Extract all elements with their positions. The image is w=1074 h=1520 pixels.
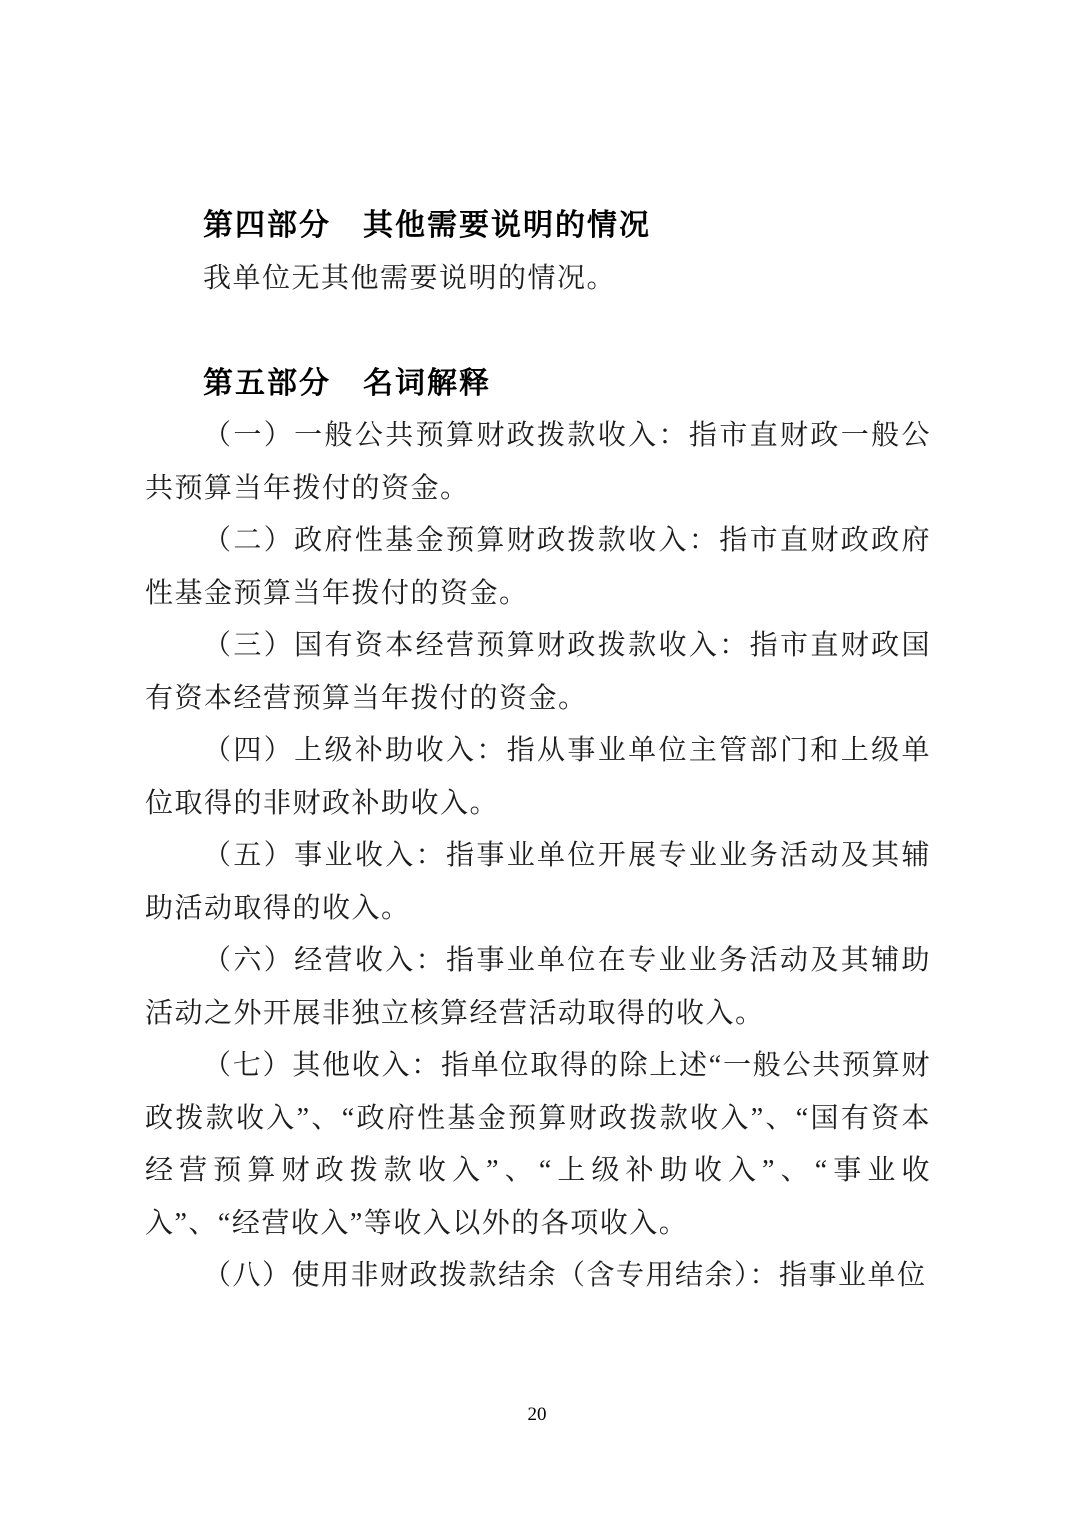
blank-line [145,305,931,358]
page-number: 20 [0,1402,1074,1428]
definition-paragraph-4: （四）上级补助收入：指从事业单位主管部门和上级单位取得的非财政补助收入。 [145,725,931,830]
definition-paragraph-7: （七）其他收入：指单位取得的除上述“一般公共预算财政拨款收入”、“政府性基金预算… [145,1040,931,1250]
definition-paragraph-3: （三）国有资本经营预算财政拨款收入：指市直财政国有资本经营预算当年拨付的资金。 [145,620,931,725]
definition-paragraph-1: （一）一般公共预算财政拨款收入：指市直财政一般公共预算当年拨付的资金。 [145,410,931,515]
section-heading-part-four: 第四部分 其他需要说明的情况 [145,200,931,253]
document-content: 第四部分 其他需要说明的情况 我单位无其他需要说明的情况。 第五部分 名词解释 … [145,200,931,1303]
definition-paragraph-6: （六）经营收入：指事业单位在专业业务活动及其辅助活动之外开展非独立核算经营活动取… [145,935,931,1040]
definition-paragraph-5: （五）事业收入：指事业单位开展专业业务活动及其辅助活动取得的收入。 [145,830,931,935]
section-heading-part-five: 第五部分 名词解释 [145,358,931,411]
document-page: 第四部分 其他需要说明的情况 我单位无其他需要说明的情况。 第五部分 名词解释 … [0,0,1074,1520]
definition-paragraph-8: （八）使用非财政拨款结余（含专用结余）：指事业单位 [145,1250,931,1303]
part-four-paragraph: 我单位无其他需要说明的情况。 [145,253,931,306]
definition-paragraph-2: （二）政府性基金预算财政拨款收入：指市直财政政府性基金预算当年拨付的资金。 [145,515,931,620]
